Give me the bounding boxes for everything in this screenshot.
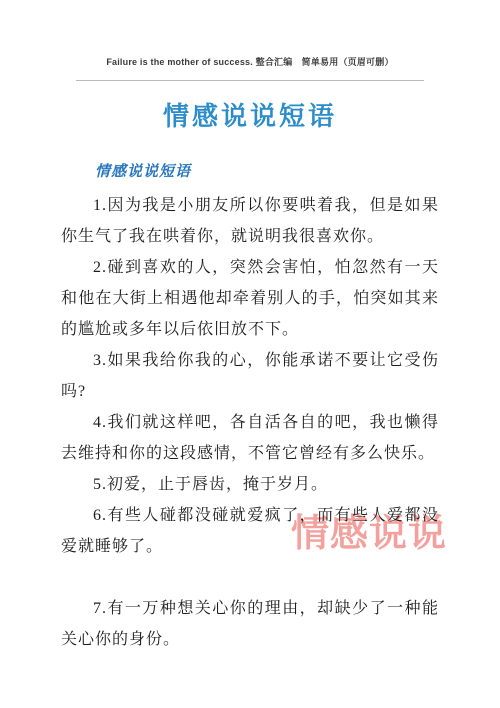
section-heading: 情感说说短语 bbox=[95, 160, 191, 181]
paragraph: 1.因为我是小朋友所以你要哄着我，但是如果你生气了我在哄着你，就说明我很喜欢你。 bbox=[61, 190, 439, 252]
document-page: Failure is the mother of success. 整合汇编 简… bbox=[0, 0, 500, 708]
paragraph: 5.初爱，止于唇齿，掩于岁月。 bbox=[61, 469, 439, 500]
page-header-text: Failure is the mother of success. 整合汇编 简… bbox=[0, 55, 500, 68]
paragraph: 3.如果我给你我的心，你能承诺不要让它受伤吗? bbox=[61, 345, 439, 407]
paragraph: 4.我们就这样吧，各自活各自的吧，我也懒得去维持和你的这段感情，不管它曾经有多么… bbox=[61, 407, 439, 469]
paragraph: 2.碰到喜欢的人，突然会害怕，怕忽然有一天和他在大街上相遇他却牵着别人的手，怕突… bbox=[61, 252, 439, 345]
paragraph: 7.有一万种想关心你的理由，却缺少了一种能关心你的身份。 bbox=[61, 593, 439, 655]
header-divider bbox=[76, 80, 424, 81]
body-text-block: 1.因为我是小朋友所以你要哄着我，但是如果你生气了我在哄着你，就说明我很喜欢你。… bbox=[61, 190, 439, 655]
page-title: 情感说说短语 bbox=[0, 96, 500, 133]
paragraph: 6.有些人碰都没碰就爱疯了，而有些人爱都没爱就睡够了。 bbox=[61, 500, 439, 562]
